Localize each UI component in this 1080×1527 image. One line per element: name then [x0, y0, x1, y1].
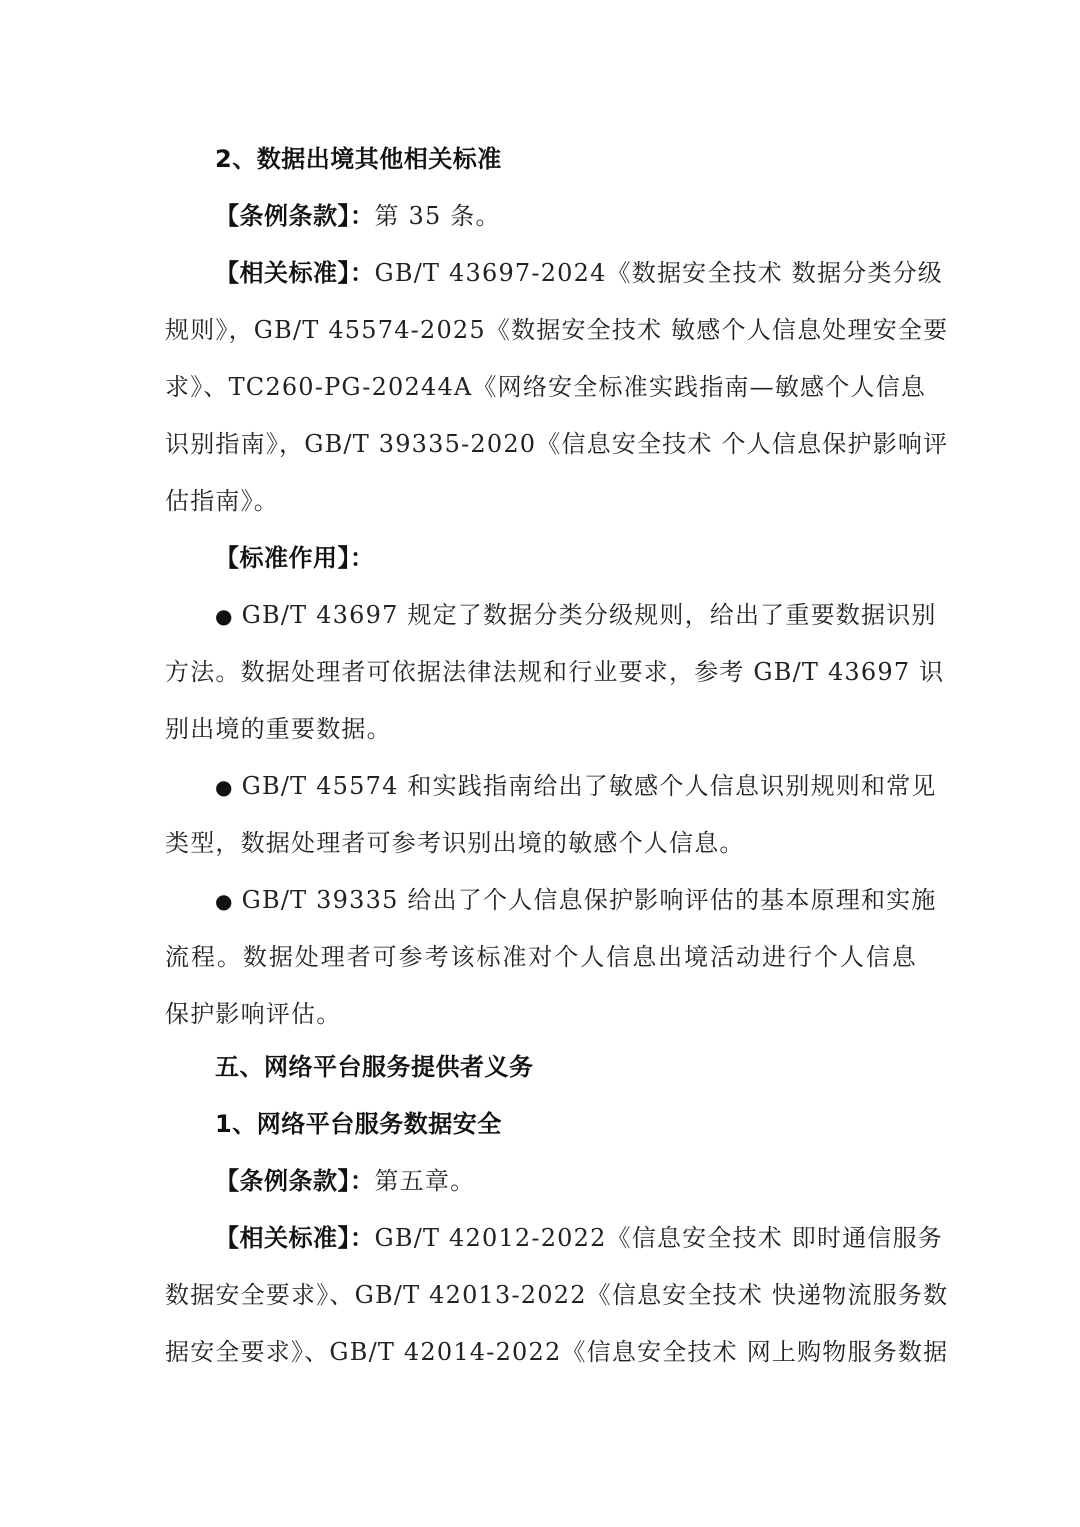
standards-text: 规则》，GB/T 45574-2025《数据安全技术 敏感个人信息处理安全要 [165, 310, 917, 350]
clause-value: 第 35 条。 [375, 202, 501, 230]
bullet-dot-icon: ● [215, 596, 234, 636]
standards-text: 据安全要求》、GB/T 42014-2022《信息安全技术 网上购物服务数据 [165, 1332, 917, 1372]
bullet-dot-icon: ● [215, 767, 234, 807]
bullet-text: 方法。数据处理者可依据法律法规和行业要求，参考 GB/T 43697 识 [165, 652, 917, 692]
standards-text: GB/T 42012-2022《信息安全技术 即时通信服务 [375, 1224, 944, 1252]
standards-text: 求》、TC260-PG-20244A《网络安全标准实践指南—敏感个人信息 [165, 367, 917, 407]
bullet-item: ●GB/T 43697 规定了数据分类分级规则，给出了重要数据识别 [215, 595, 917, 635]
standards-text: 识别指南》，GB/T 39335-2020《信息安全技术 个人信息保护影响评 [165, 424, 917, 464]
standards-text: GB/T 43697-2024《数据安全技术 数据分类分级 [375, 259, 944, 287]
clause-label: 【条例条款】： [215, 1167, 375, 1195]
bullet-text: GB/T 45574 和实践指南给出了敏感个人信息识别规则和常见 [242, 772, 937, 800]
standards-label: 【相关标准】： [215, 259, 375, 287]
bullet-text: 流程。数据处理者可参考该标准对个人信息出境活动进行个人信息 [165, 937, 917, 977]
subsection-heading: 1、网络平台服务数据安全 [215, 1104, 917, 1144]
bullet-text: GB/T 43697 规定了数据分类分级规则，给出了重要数据识别 [242, 601, 937, 629]
section-heading: 2、数据出境其他相关标准 [215, 139, 917, 179]
document-page: 2、数据出境其他相关标准 【条例条款】：第 35 条。 【相关标准】：GB/T … [0, 0, 1080, 1527]
bullet-item: ●GB/T 45574 和实践指南给出了敏感个人信息识别规则和常见 [215, 766, 917, 806]
clause-line: 【条例条款】：第五章。 [215, 1161, 917, 1201]
bullet-text: 类型，数据处理者可参考识别出境的敏感个人信息。 [165, 823, 917, 863]
bullet-text: 别出境的重要数据。 [165, 709, 917, 749]
clause-line: 【条例条款】：第 35 条。 [215, 196, 917, 236]
standards-label: 【相关标准】： [215, 1224, 375, 1252]
standards-text: 数据安全要求》、GB/T 42013-2022《信息安全技术 快递物流服务数 [165, 1275, 917, 1315]
role-label: 【标准作用】： [215, 538, 917, 578]
bullet-text: GB/T 39335 给出了个人信息保护影响评估的基本原理和实施 [242, 886, 937, 914]
bullet-text: 保护影响评估。 [165, 994, 917, 1034]
bullet-item: ●GB/T 39335 给出了个人信息保护影响评估的基本原理和实施 [215, 880, 917, 920]
standards-line: 【相关标准】：GB/T 43697-2024《数据安全技术 数据分类分级 [215, 253, 917, 293]
clause-value: 第五章。 [375, 1167, 476, 1195]
bullet-dot-icon: ● [215, 881, 234, 921]
standards-line: 【相关标准】：GB/T 42012-2022《信息安全技术 即时通信服务 [215, 1218, 917, 1258]
standards-text: 估指南》。 [165, 481, 917, 521]
clause-label: 【条例条款】： [215, 202, 375, 230]
section-heading: 五、网络平台服务提供者义务 [215, 1047, 917, 1087]
